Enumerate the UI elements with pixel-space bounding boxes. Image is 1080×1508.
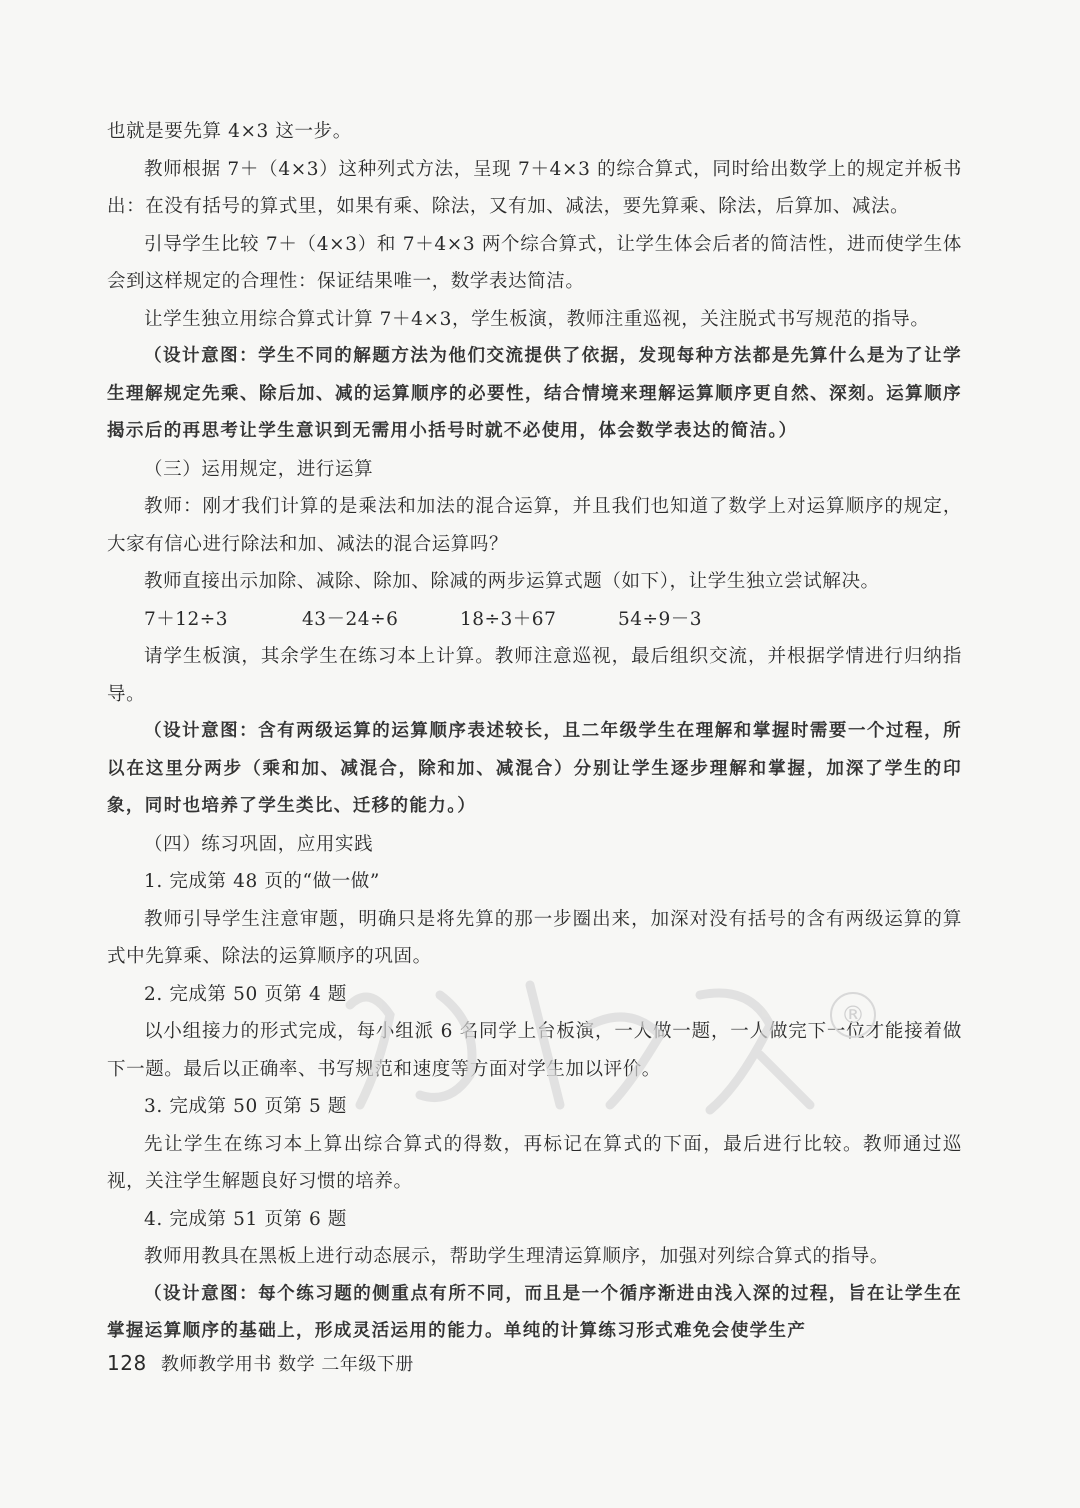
page-body: 也就是要先算 4×3 这一步。 教师根据 7＋（4×3）这种列式方法，呈现 7＋… <box>107 113 962 1351</box>
expression: 54÷9－3 <box>618 601 776 639</box>
paragraph-continuation: 也就是要先算 4×3 这一步。 <box>107 113 962 151</box>
exercise-heading: 1. 完成第 48 页的“做一做” <box>107 863 962 901</box>
exercise-heading: 4. 完成第 51 页第 6 题 <box>107 1201 962 1239</box>
expression: 18÷3＋67 <box>460 601 618 639</box>
design-intent-note: （设计意图：每个练习题的侧重点有所不同，而且是一个循序渐进由浅入深的过程，旨在让… <box>107 1276 962 1351</box>
paragraph: 引导学生比较 7＋（4×3）和 7＋4×3 两个综合算式，让学生体会后者的简洁性… <box>107 226 962 301</box>
paragraph: 教师：刚才我们计算的是乘法和加法的混合运算，并且我们也知道了数学上对运算顺序的规… <box>107 488 962 563</box>
section-heading-3: （三）运用规定，进行运算 <box>107 451 962 489</box>
paragraph: 让学生独立用综合算式计算 7＋4×3，学生板演，教师注重巡视，关注脱式书写规范的… <box>107 301 962 339</box>
exercise-heading: 3. 完成第 50 页第 5 题 <box>107 1088 962 1126</box>
page-number: 128 <box>107 1351 147 1375</box>
paragraph: 教师直接出示加除、减除、除加、除减的两步运算式题（如下），让学生独立尝试解决。 <box>107 563 962 601</box>
section-heading-4: （四）练习巩固，应用实践 <box>107 826 962 864</box>
book-title: 教师教学用书 数学 二年级下册 <box>161 1354 414 1375</box>
paragraph: 请学生板演，其余学生在练习本上计算。教师注意巡视，最后组织交流，并根据学情进行归… <box>107 638 962 713</box>
expression: 43－24÷6 <box>302 601 460 639</box>
design-intent-note: （设计意图：学生不同的解题方法为他们交流提供了依据，发现每种方法都是先算什么是为… <box>107 338 962 451</box>
design-intent-note: （设计意图：含有两级运算的运算顺序表述较长，且二年级学生在理解和掌握时需要一个过… <box>107 713 962 826</box>
paragraph: 教师用教具在黑板上进行动态展示，帮助学生理清运算顺序，加强对列综合算式的指导。 <box>107 1238 962 1276</box>
expression-list: 7＋12÷3 43－24÷6 18÷3＋67 54÷9－3 <box>107 601 962 639</box>
paragraph: 教师根据 7＋（4×3）这种列式方法，呈现 7＋4×3 的综合算式，同时给出数学… <box>107 151 962 226</box>
page-footer: 128 教师教学用书 数学 二年级下册 <box>107 1350 414 1376</box>
paragraph: 先让学生在练习本上算出综合算式的得数，再标记在算式的下面，最后进行比较。教师通过… <box>107 1126 962 1201</box>
paragraph: 教师引导学生注意审题，明确只是将先算的那一步圈出来，加深对没有括号的含有两级运算… <box>107 901 962 976</box>
expression: 7＋12÷3 <box>144 601 302 639</box>
registered-mark-icon: ® <box>830 992 876 1038</box>
